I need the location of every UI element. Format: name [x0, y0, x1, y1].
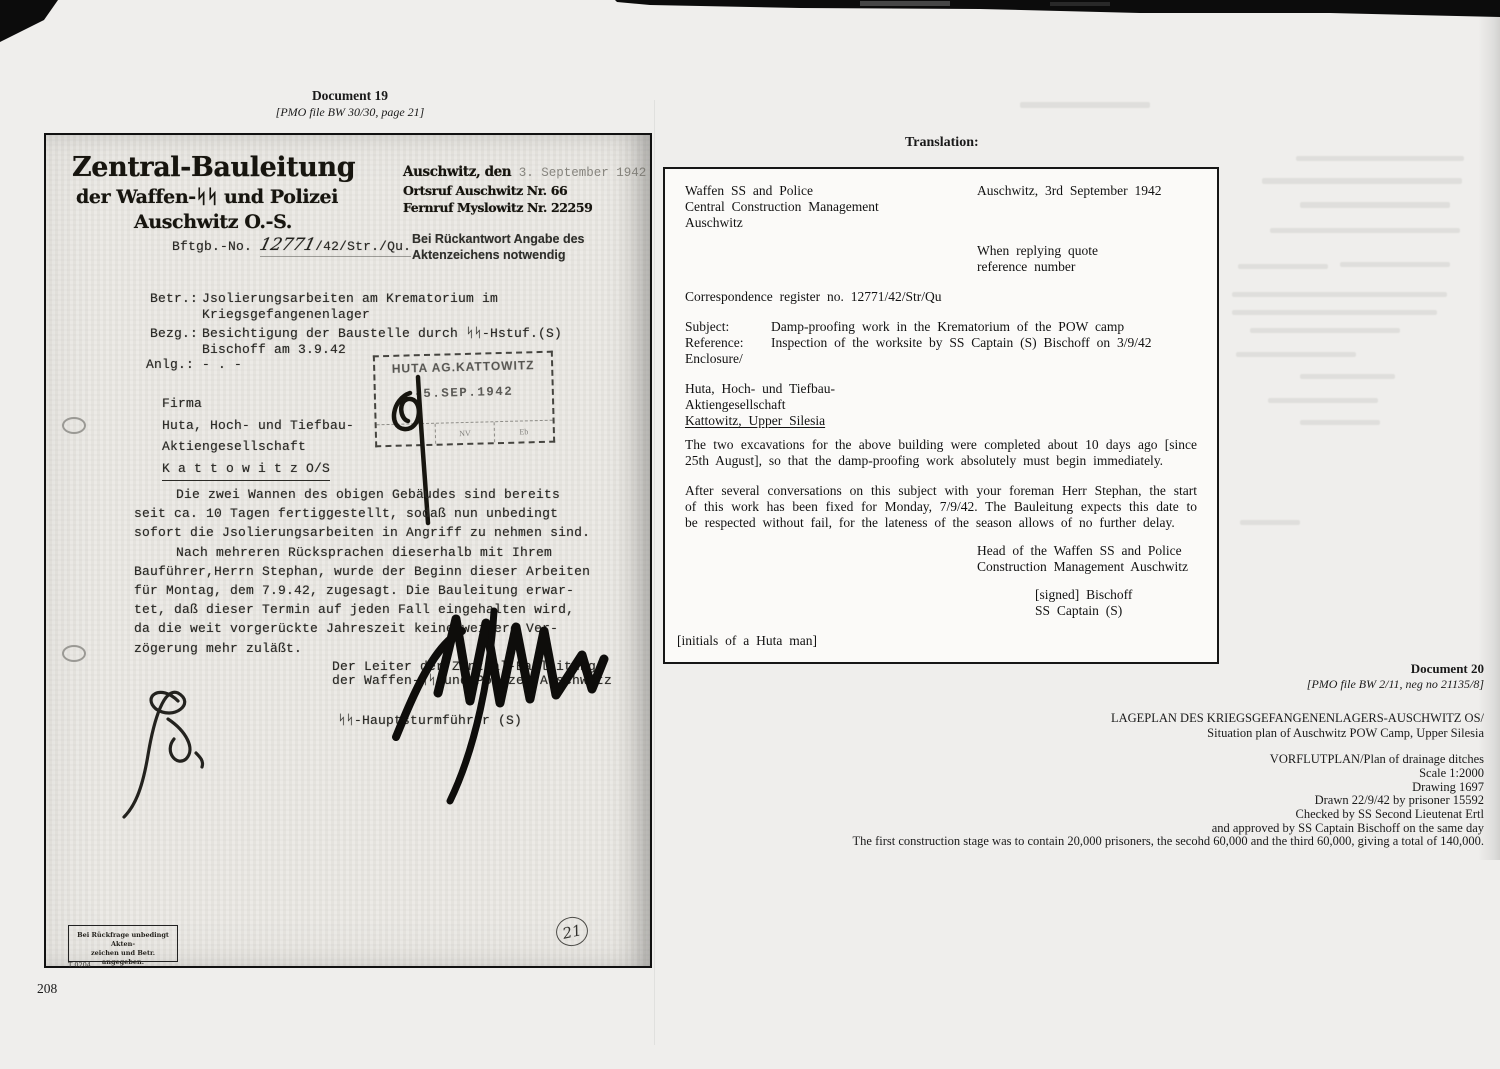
ghost-text-artifact: [1240, 520, 1300, 525]
body-line: seit ca. 10 Tagen fertiggestellt, sodaß …: [134, 504, 590, 523]
reference-text-line1: Besichtigung der Baustelle durch ᛋᛋ-Hstu…: [202, 326, 562, 342]
enclosure-line-german: Anlg.: - . -: [146, 357, 242, 372]
ghost-text-artifact: [1296, 156, 1464, 161]
footer-form-stamp: Bei Rückfrage unbedingt Akten- zeichen u…: [68, 925, 178, 962]
reference-label: Reference:: [685, 335, 771, 351]
ghost-text-artifact: [1232, 292, 1447, 297]
translation-initials-note: [initials of a Huta man]: [677, 633, 817, 649]
register-label: Bftgb.-No.: [172, 239, 260, 254]
bischoff-signature: [376, 597, 616, 807]
register-number-typed: /42/Str./Qu.: [315, 239, 411, 254]
letterhead-place-label: Auschwitz, den: [403, 164, 511, 180]
translation-date: Auschwitz, 3rd September 1942: [977, 183, 1161, 199]
plan-detail-line: VORFLUTPLAN/Plan of drainage ditches: [1212, 753, 1484, 767]
ghost-text-artifact: [1250, 328, 1400, 333]
recipient-line: Firma: [162, 393, 354, 415]
translation-paragraph2: After several conversations on this subj…: [685, 483, 1197, 530]
ghost-text-artifact: [1300, 202, 1450, 208]
book-page-number: 208: [37, 981, 57, 997]
signoff-line2: Construction Management Auschwitz: [977, 559, 1188, 575]
plan-title-english: Situation plan of Auschwitz POW Camp, Up…: [1111, 726, 1484, 741]
footer-stamp-line1: Bei Rückfrage unbedingt Akten-: [69, 931, 177, 949]
plan-detail-line: Drawn 22/9/42 by prisoner 15592: [1212, 794, 1484, 808]
body-line: sofort die Jsolierungsarbeiten in Angrif…: [134, 523, 590, 542]
document20-plan-details: VORFLUTPLAN/Plan of drainage ditches Sca…: [1212, 753, 1484, 836]
subject-label: Subject:: [685, 319, 771, 335]
plan-detail-line: Scale 1:2000: [1212, 767, 1484, 781]
recipient-city-underlined: Kattowitz, Upper Silesia: [685, 413, 835, 429]
translation-reply-note: When replying quote reference number: [977, 243, 1098, 275]
subject-text: Damp-proofing work in the Krematorium of…: [771, 319, 1124, 335]
signed-line: [signed] Bischoff: [1035, 587, 1132, 603]
stamp-company: HUTA AG.KATTOWITZ: [375, 358, 551, 377]
recipient-line: Huta, Hoch- und Tiefbau-: [162, 415, 354, 437]
plan-title-german: LAGEPLAN DES KRIEGSGEFANGENENLAGERS-AUSC…: [1111, 711, 1484, 726]
reply-note-line2: Aktenzeichens notwendig: [412, 247, 585, 263]
huta-initials-handwriting: [112, 675, 242, 825]
translation-subject-block: Subject: Damp-proofing work in the Krema…: [685, 319, 1190, 366]
document20-plan-title: LAGEPLAN DES KRIEGSGEFANGENENLAGERS-AUSC…: [1111, 711, 1484, 741]
form-number: T 0204: [68, 961, 91, 969]
sender-line1: Waffen SS and Police: [685, 183, 879, 199]
ghost-text-artifact: [1340, 262, 1450, 267]
reply-note-line2: reference number: [977, 259, 1098, 275]
reference-text: Inspection of the worksite by SS Captain…: [771, 335, 1151, 351]
hole-punch-mark: [62, 417, 86, 434]
sender-line2: Central Construction Management: [685, 199, 879, 215]
body-line: Nach mehreren Rücksprachen dieserhalb mi…: [134, 543, 590, 562]
subject-text-line1: Jsolierungsarbeiten am Krematorium im: [202, 291, 498, 307]
letterhead-typed-date: 3. September 1942: [511, 166, 646, 180]
ghost-text-artifact: [1300, 374, 1395, 379]
document20-title: Document 20: [1307, 661, 1484, 677]
recipient-line: Huta, Hoch- und Tiefbau-: [685, 381, 835, 397]
translation-sender-block: Waffen SS and Police Central Constructio…: [685, 183, 879, 230]
recipient-address-german: Firma Huta, Hoch- und Tiefbau- Aktienges…: [162, 393, 354, 481]
reply-note-line1: Bei Rückantwort Angabe des: [412, 231, 585, 247]
translation-heading: Translation:: [905, 135, 979, 151]
recipient-line: Aktiengesellschaft: [162, 436, 354, 458]
ghost-text-artifact: [1238, 264, 1328, 269]
letterhead-org-line1: Zentral-Bauleitung: [72, 152, 355, 183]
translation-recipient-block: Huta, Hoch- und Tiefbau- Aktiengesellsch…: [685, 381, 835, 428]
ghost-text-artifact: [1262, 178, 1462, 184]
reply-note-line1: When replying quote: [977, 243, 1098, 259]
ghost-text-artifact: [1270, 228, 1460, 233]
translation-box: Waffen SS and Police Central Constructio…: [663, 167, 1219, 664]
ghost-text-artifact: [1300, 420, 1380, 425]
translation-register-line: Correspondence register no. 12771/42/Str…: [685, 289, 941, 305]
document19-caption: Document 19 [PMO file BW 30/30, page 21]: [205, 88, 495, 120]
translation-signed-block: [signed] Bischoff SS Captain (S): [1035, 587, 1132, 619]
document19-title: Document 19: [205, 88, 495, 104]
enclosure-label: Enclosure/: [685, 351, 771, 367]
letterhead-phone2: Fernruf Myslowitz Nr. 22259: [403, 199, 646, 216]
recipient-city-underlined: K a t t o w i t z O/S: [162, 458, 330, 482]
rank-line: SS Captain (S): [1035, 603, 1132, 619]
hole-punch-mark: [62, 645, 86, 662]
subject-label-german: Betr.:: [150, 291, 202, 322]
body-line: Die zwei Wannen des obigen Gebäudes sind…: [134, 485, 590, 504]
ghost-text-artifact: [1268, 398, 1378, 403]
signoff-line1: Head of the Waffen SS and Police: [977, 543, 1188, 559]
document20-note: The first construction stage was to cont…: [853, 834, 1484, 849]
reply-note: Bei Rückantwort Angabe des Aktenzeichens…: [412, 231, 585, 263]
document20-caption: Document 20 [PMO file BW 2/11, neg no 21…: [1307, 661, 1484, 692]
subject-text-line2: Kriegsgefangenenlager: [202, 307, 498, 323]
register-number-handwritten: 12771: [258, 235, 318, 255]
subject-line-german: Betr.: Jsolierungsarbeiten am Krematoriu…: [150, 291, 498, 322]
translation-signoff-block: Head of the Waffen SS and Police Constru…: [977, 543, 1188, 575]
ghost-text-artifact: [1020, 102, 1150, 108]
page-seam-line: [654, 100, 655, 1045]
register-number-line: Bftgb.-No. 12771/42/Str./Qu.: [172, 235, 411, 255]
plan-detail-line: Drawing 1697: [1212, 781, 1484, 795]
translation-paragraph1: The two excavations for the above buildi…: [685, 437, 1197, 469]
letterhead-phone1: Ortsruf Auschwitz Nr. 66: [403, 182, 646, 199]
stamp-cell: Eb: [495, 421, 554, 443]
recipient-line: Aktiengesellschaft: [685, 397, 835, 413]
ghost-text-artifact: [1232, 310, 1437, 315]
document20-file-reference: [PMO file BW 2/11, neg no 21135/8]: [1307, 677, 1484, 692]
archive-page-mark: 21: [553, 914, 590, 949]
plan-detail-line: Checked by SS Second Lieutenat Ertl: [1212, 808, 1484, 822]
document19-scan: Zentral-Bauleitung der Waffen-ᛋᛋ und Pol…: [44, 133, 652, 968]
document19-file-reference: [PMO file BW 30/30, page 21]: [205, 105, 495, 120]
letterhead-org-line2: der Waffen-ᛋᛋ und Polizei: [76, 186, 338, 208]
reference-label-german: Bezg.:: [150, 326, 202, 357]
sender-line3: Auschwitz: [685, 215, 879, 231]
page-top-scan-edge: [0, 0, 1500, 46]
ghost-text-artifact: [1236, 352, 1356, 357]
letterhead-org-line3: Auschwitz O.-S.: [134, 211, 292, 233]
body-line: Bauführer,Herrn Stephan, wurde der Begin…: [134, 562, 590, 581]
letterhead-right-block: Auschwitz, den 3. September 1942 Ortsruf…: [403, 163, 646, 216]
